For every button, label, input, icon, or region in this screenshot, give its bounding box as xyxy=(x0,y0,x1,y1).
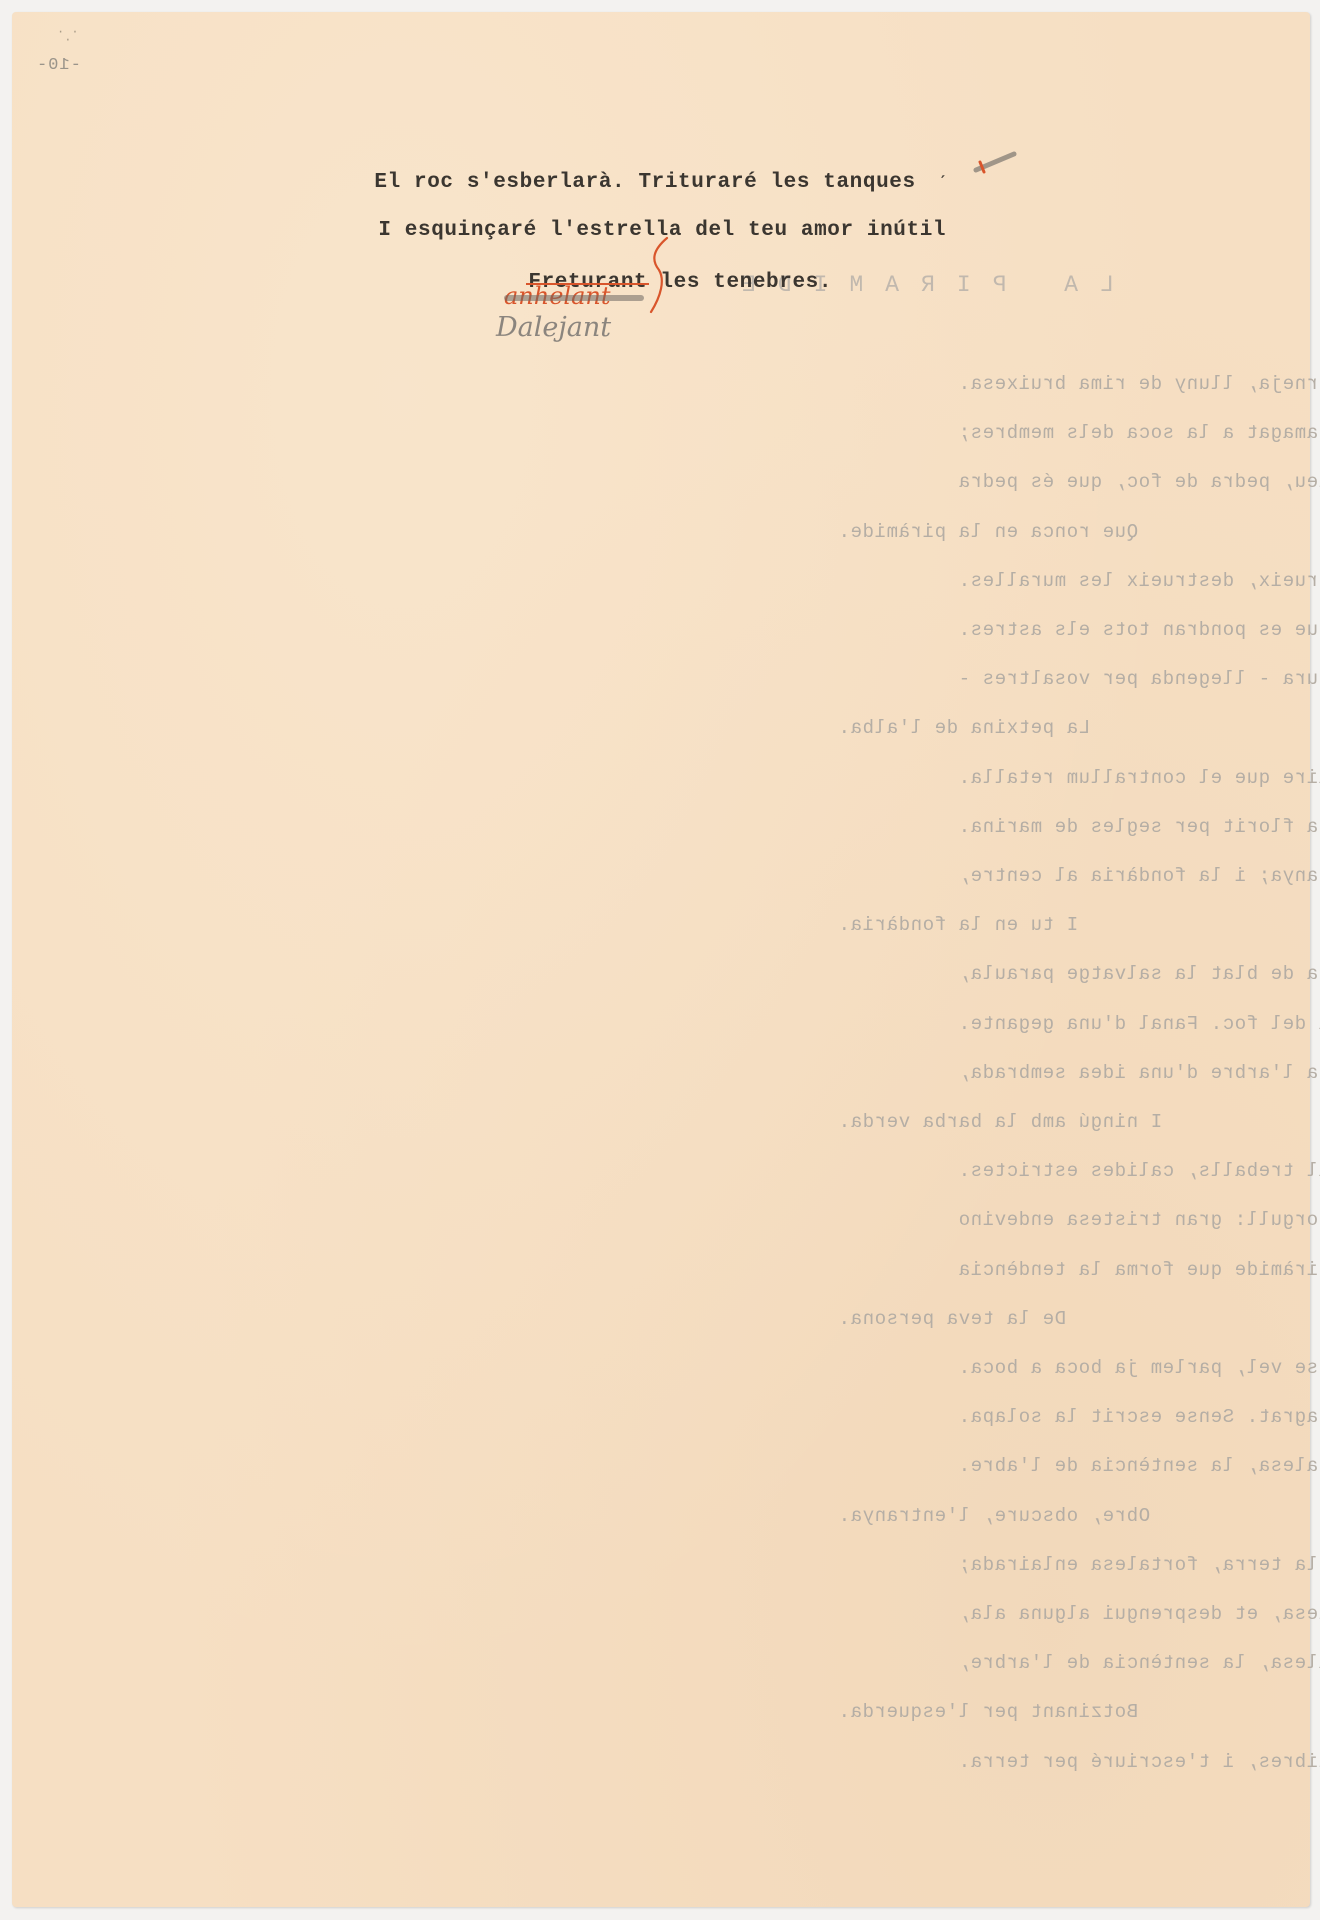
poem-line-1-text: El roc s'esberlarà. Trituraré les tanque… xyxy=(374,171,915,194)
poem-line-1: El roc s'esberlarà. Trituraré les tanque… xyxy=(348,148,916,194)
correction-comma-mark-icon xyxy=(970,150,1020,174)
poem-line-3-rest: les tenebres. xyxy=(647,271,832,294)
handwritten-accent-mark-icon: ˊ xyxy=(937,174,949,197)
page-number: -10- xyxy=(36,56,81,75)
red-bracket-mark-icon xyxy=(647,236,673,316)
pencil-strikethrough xyxy=(504,295,644,301)
corner-smudge: · · · xyxy=(57,28,83,52)
pencil-handwritten-correction: Dalejant xyxy=(496,312,611,343)
